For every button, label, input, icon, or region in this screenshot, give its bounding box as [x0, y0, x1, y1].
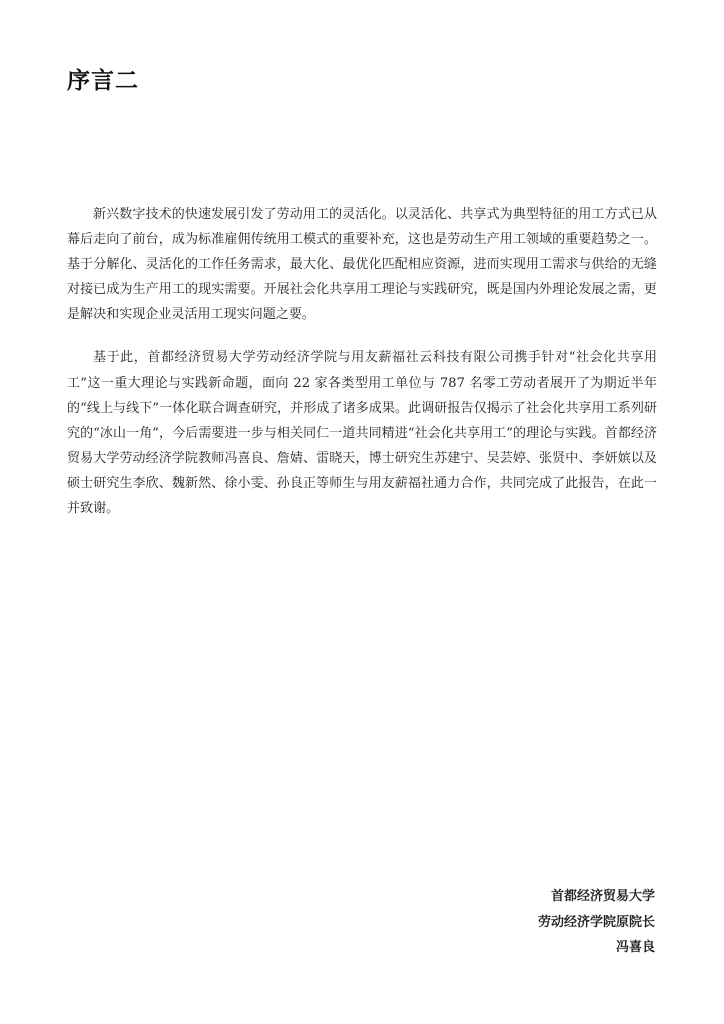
signature-position: 劳动经济学院原院长: [538, 910, 655, 936]
paragraph-2: 基于此，首都经济贸易大学劳动经济学院与用友薪福社云科技有限公司携手针对“社会化共…: [67, 345, 657, 521]
preface-body: 新兴数字技术的快速发展引发了劳动用工的灵活化。以灵活化、共享式为典型特征的用工方…: [67, 202, 657, 521]
page-title: 序言二: [67, 66, 139, 96]
signature-name: 冯喜良: [538, 935, 655, 961]
paragraph-1: 新兴数字技术的快速发展引发了劳动用工的灵活化。以灵活化、共享式为典型特征的用工方…: [67, 202, 657, 327]
signature-block: 首都经济贸易大学 劳动经济学院原院长 冯喜良: [538, 884, 655, 961]
signature-institution: 首都经济贸易大学: [538, 884, 655, 910]
